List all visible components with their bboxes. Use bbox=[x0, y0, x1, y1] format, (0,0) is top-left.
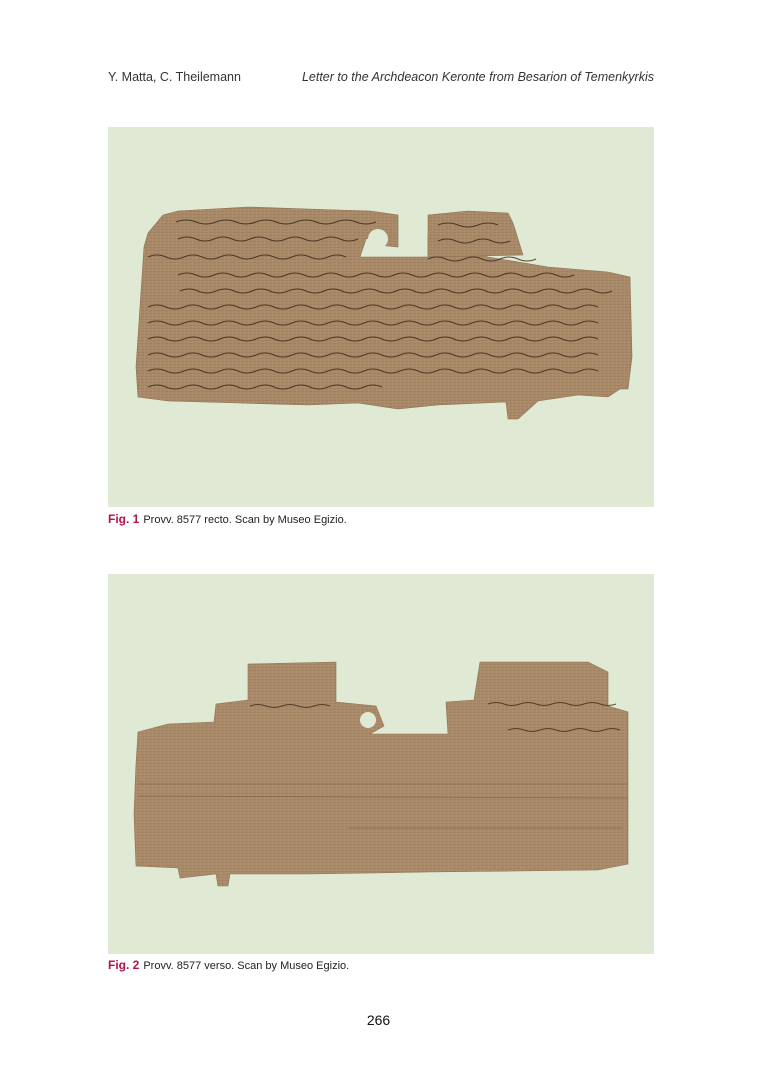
figure-1-image bbox=[108, 127, 654, 507]
running-head: Y. Matta, C. Theilemann Letter to the Ar… bbox=[108, 70, 654, 90]
figure-2-image bbox=[108, 574, 654, 954]
figure-2-label: Fig. 2 bbox=[108, 958, 139, 972]
figure-1-caption-text: Provv. 8577 recto. Scan by Museo Egizio. bbox=[143, 514, 346, 526]
header-title: Letter to the Archdeacon Keronte from Be… bbox=[302, 70, 654, 84]
header-authors: Y. Matta, C. Theilemann bbox=[108, 70, 241, 84]
figure-2-caption: Fig. 2Provv. 8577 verso. Scan by Museo E… bbox=[108, 958, 349, 972]
papyrus-verso-image bbox=[108, 574, 654, 954]
figure-1-label: Fig. 1 bbox=[108, 512, 139, 526]
figure-2-caption-text: Provv. 8577 verso. Scan by Museo Egizio. bbox=[143, 960, 349, 972]
papyrus-recto-image bbox=[108, 127, 654, 507]
figure-1-caption: Fig. 1Provv. 8577 recto. Scan by Museo E… bbox=[108, 512, 347, 526]
page-number: 266 bbox=[0, 1012, 757, 1028]
